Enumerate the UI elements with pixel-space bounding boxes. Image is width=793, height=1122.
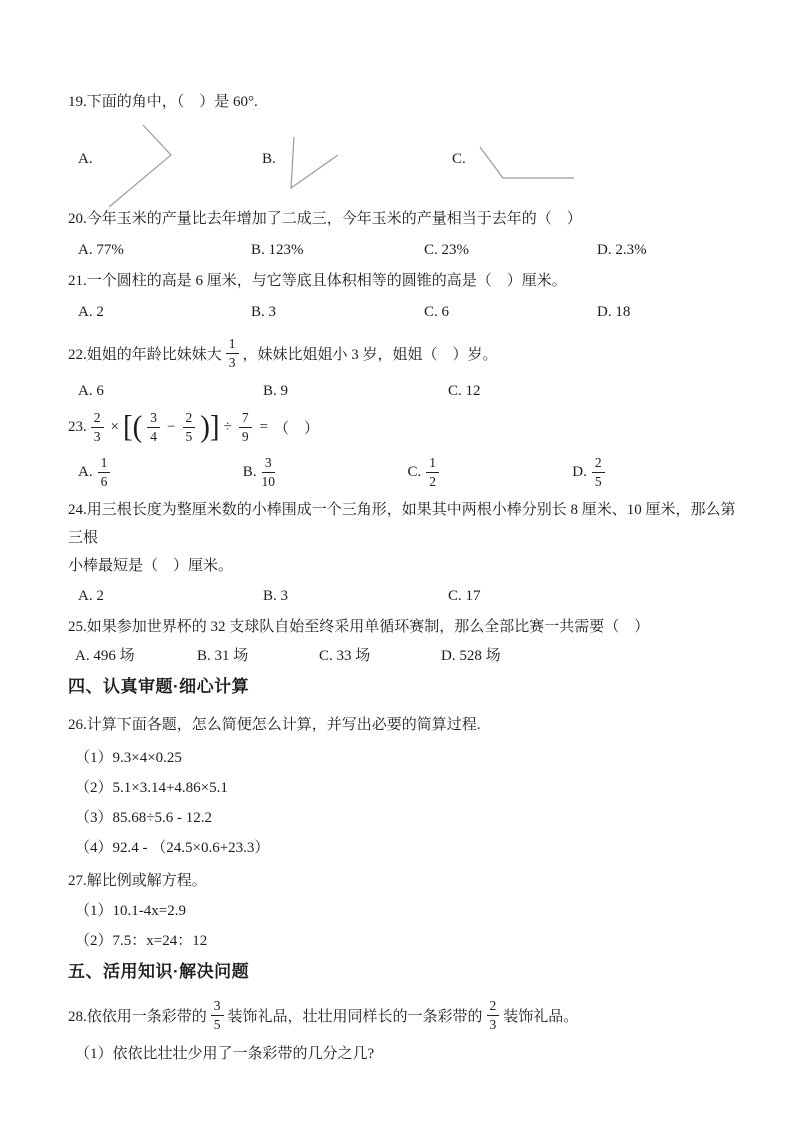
option-c: C. 1 2: [408, 455, 573, 488]
fraction: 3 5: [211, 998, 224, 1031]
divide-operator: ÷: [224, 419, 232, 436]
minus-operator: −: [167, 419, 175, 436]
option-a: A. 1 6: [78, 455, 243, 488]
angle-c-label: C.: [452, 151, 466, 168]
fraction: 2 5: [183, 410, 196, 443]
option-d: D. 2.3%: [597, 240, 647, 261]
question-19-angle-figures: A. B. C.: [68, 121, 737, 199]
angle-c-figure-icon: [476, 143, 576, 183]
question-24-options: A. 2 B. 3 C. 17: [68, 586, 737, 607]
question-26-item-3: （3）85.68÷5.6 - 12.2: [68, 808, 737, 829]
option-a: A. 6: [78, 381, 263, 402]
section-4-heading: 四、认真审题·细心计算: [68, 675, 737, 699]
question-22-prefix: 22.姐姐的年龄比妹妹大: [68, 343, 222, 364]
option-a: A. 496 场: [75, 646, 197, 667]
question-28-text: 28.依依用一条彩带的 3 5 装饰礼品，壮壮用同样长的一条彩带的 2 3 装饰…: [68, 992, 737, 1038]
question-25-text: 25.如果参加世界杯的 32 支球队自始至终采用单循环赛制，那么全部比赛一共需要…: [68, 617, 737, 638]
option-d: D. 18: [597, 302, 630, 323]
question-number: 23.: [68, 419, 87, 436]
question-26-item-4: （4）92.4 - （24.5×0.6+23.3）: [68, 838, 737, 859]
option-b: B. 123%: [251, 240, 424, 261]
question-19-text: 19.下面的角中，（ ）是 60°.: [68, 92, 737, 113]
answer-blank: （ ）: [274, 417, 319, 438]
exam-page: 19.下面的角中，（ ）是 60°. A. B. C. 20.今年玉米的产量比去…: [0, 0, 793, 1122]
question-28-mid: 装饰礼品，壮壮用同样长的一条彩带的: [228, 1005, 483, 1026]
option-c: C. 23%: [424, 240, 597, 261]
question-28-prefix: 28.依依用一条彩带的: [68, 1005, 207, 1026]
question-26-item-1: （1）9.3×4×0.25: [68, 748, 737, 769]
fraction: 7 9: [239, 410, 252, 443]
option-b: B. 3 10: [243, 455, 408, 488]
fraction: 2 3: [91, 410, 104, 443]
option-a: A. 77%: [78, 240, 251, 261]
option-d: D. 2 5: [572, 455, 737, 488]
question-26-text: 26.计算下面各题，怎么简便怎么计算，并写出必要的简算过程.: [68, 715, 737, 736]
question-24-line2: 小棒最短是（ ）厘米。: [68, 552, 737, 580]
fraction: 1 2: [426, 455, 439, 488]
question-27-item-2: （2）7.5：x=24：12: [68, 931, 737, 952]
section-5-heading: 五、活用知识·解决问题: [68, 960, 737, 984]
question-22-text: 22.姐姐的年龄比妹妹大 1 3 ，妹妹比姐姐小 3 岁，姐姐（ ）岁。: [68, 331, 737, 375]
option-b: B. 31 场: [197, 646, 319, 667]
question-27-text: 27.解比例或解方程。: [68, 871, 737, 892]
option-c: C. 17: [448, 586, 633, 607]
fraction: 3 4: [147, 410, 160, 443]
question-20-text: 20.今年玉米的产量比去年增加了二成三，今年玉米的产量相当于去年的（ ）: [68, 209, 737, 230]
option-d: D. 528 场: [441, 646, 563, 667]
multiply-operator: ×: [111, 419, 119, 436]
question-28-sub-1: （1）依依比壮壮少用了一条彩带的几分之几?: [68, 1044, 737, 1065]
question-22-suffix: ，妹妹比姐姐小 3 岁，姐姐（ ）岁。: [243, 343, 498, 364]
question-25-options: A. 496 场 B. 31 场 C. 33 场 D. 528 场: [68, 646, 737, 667]
open-brackets: [(: [123, 412, 142, 442]
option-b: B. 3: [251, 302, 424, 323]
question-24-text: 24.用三根长度为整厘米数的小棒围成一个三角形，如果其中两根小棒分别长 8 厘米…: [68, 496, 737, 580]
angle-b-figure-icon: [286, 133, 341, 193]
angle-option-c: C.: [452, 121, 576, 183]
option-b: B. 9: [263, 381, 448, 402]
angle-b-label: B.: [262, 151, 276, 168]
question-26-item-2: （2）5.1×3.14+4.86×5.1: [68, 778, 737, 799]
question-23-options: A. 1 6 B. 3 10 C. 1 2 D. 2 5: [68, 452, 737, 492]
fraction: 1 6: [98, 455, 111, 488]
angle-option-b: B.: [262, 121, 452, 193]
angle-a-figure-icon: [103, 121, 178, 209]
question-24-line1: 24.用三根长度为整厘米数的小棒围成一个三角形，如果其中两根小棒分别长 8 厘米…: [68, 496, 737, 552]
angle-option-a: A.: [78, 121, 262, 209]
question-21-text: 21.一个圆柱的高是 6 厘米，与它等底且体积相等的圆锥的高是（ ）厘米。: [68, 271, 737, 292]
fraction: 2 3: [487, 998, 500, 1031]
fraction: 2 5: [592, 455, 605, 488]
fraction: 3 10: [262, 455, 276, 488]
question-22-options: A. 6 B. 9 C. 12: [68, 381, 737, 402]
question-28-suffix: 装饰礼品。: [503, 1005, 578, 1026]
option-a: A. 2: [78, 586, 263, 607]
option-c: C. 6: [424, 302, 597, 323]
close-brackets: )]: [200, 412, 219, 442]
option-a: A. 2: [78, 302, 251, 323]
question-21-options: A. 2 B. 3 C. 6 D. 18: [68, 302, 737, 323]
fraction: 1 3: [226, 336, 239, 369]
option-c: C. 33 场: [319, 646, 441, 667]
angle-a-label: A.: [78, 151, 93, 168]
question-23-formula: 23. 2 3 × [( 3 4 − 2 5 )] ÷ 7 9 = （ ）: [68, 406, 737, 448]
option-c: C. 12: [448, 381, 633, 402]
question-27-item-1: （1）10.1-4x=2.9: [68, 901, 737, 922]
equals-sign: =: [260, 419, 268, 436]
question-20-options: A. 77% B. 123% C. 23% D. 2.3%: [68, 240, 737, 261]
option-b: B. 3: [263, 586, 448, 607]
